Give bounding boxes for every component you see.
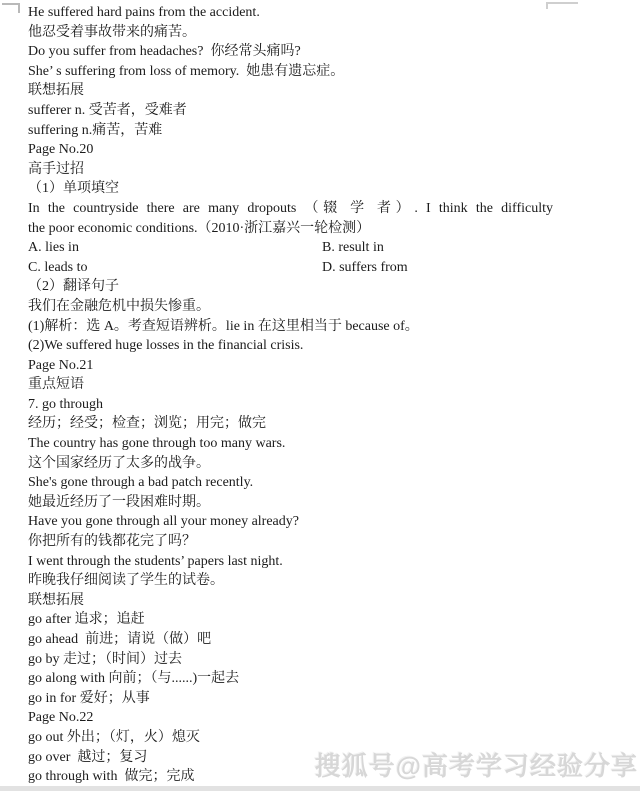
margin-mark-left-icon: [2, 3, 20, 13]
text-line: A. lies inB. result in: [28, 238, 616, 258]
text-line: He suffered hard pains from the accident…: [28, 3, 616, 23]
text-line: Page No.22: [28, 708, 616, 728]
option-right: B. result in: [322, 238, 384, 258]
text-line: 高手过招: [28, 160, 616, 180]
text-line: 这个国家经历了太多的战争。: [28, 454, 616, 474]
text-line: 经历；经受；检查；浏览；用完；做完: [28, 414, 616, 434]
text-line: C. leads toD. suffers from: [28, 258, 616, 278]
text-line: go after 追求；追赶: [28, 610, 616, 630]
bottom-scrollbar[interactable]: [0, 786, 640, 791]
document-page: He suffered hard pains from the accident…: [0, 0, 640, 791]
text-line: go out 外出；（灯，火）熄灭: [28, 728, 616, 748]
text-line: (2)We suffered huge losses in the financ…: [28, 336, 616, 356]
watermark: 搜狐号@高考学习经验分享: [315, 746, 638, 783]
text-line: go in for 爱好；从事: [28, 689, 616, 709]
text-line: I went through the students’ papers last…: [28, 552, 616, 572]
text-line: Page No.21: [28, 356, 616, 376]
text-line: 联想拓展: [28, 81, 616, 101]
text-line: go by 走过；（时间）过去: [28, 650, 616, 670]
text-line: sufferer n. 受苦者，受难者: [28, 101, 616, 121]
text-line: 昨晚我仔细阅读了学生的试卷。: [28, 571, 616, 591]
text-line: 重点短语: [28, 375, 616, 395]
text-line: go ahead 前进；请说（做）吧: [28, 630, 616, 650]
text-line: （2）翻译句子: [28, 277, 616, 297]
text-line: （1）单项填空: [28, 179, 616, 199]
text-line: 你把所有的钱都花完了吗？: [28, 532, 616, 552]
text-line: She's gone through a bad patch recently.: [28, 473, 616, 493]
option-left: C. leads to: [28, 260, 88, 275]
text-line: The country has gone through too many wa…: [28, 434, 616, 454]
text-line: 我们在金融危机中损失惨重。: [28, 297, 616, 317]
text-line: Do you suffer from headaches? 你经常头痛吗?: [28, 42, 616, 62]
text-line: Page No.20: [28, 140, 616, 160]
text-line: 她最近经历了一段困难时期。: [28, 493, 616, 513]
text-line: 7. go through: [28, 395, 616, 415]
text-line: She’ s suffering from loss of memory. 她患…: [28, 62, 616, 82]
option-right: D. suffers from: [322, 258, 408, 278]
text-line: In the countryside there are many dropou…: [28, 199, 553, 219]
text-line: 他忍受着事故带来的痛苦。: [28, 23, 616, 43]
text-line: the poor economic conditions.（2010·浙江嘉兴一…: [28, 219, 616, 239]
document-body: He suffered hard pains from the accident…: [28, 3, 616, 787]
text-line: Have you gone through all your money alr…: [28, 512, 616, 532]
text-line: go along with 向前；（与......)一起去: [28, 669, 616, 689]
text-line: suffering n.痛苦，苦难: [28, 121, 616, 141]
option-left: A. lies in: [28, 240, 79, 255]
text-line: (1)解析：选 A。考查短语辨析。lie in 在这里相当于 because o…: [28, 317, 616, 337]
text-line: 联想拓展: [28, 591, 616, 611]
